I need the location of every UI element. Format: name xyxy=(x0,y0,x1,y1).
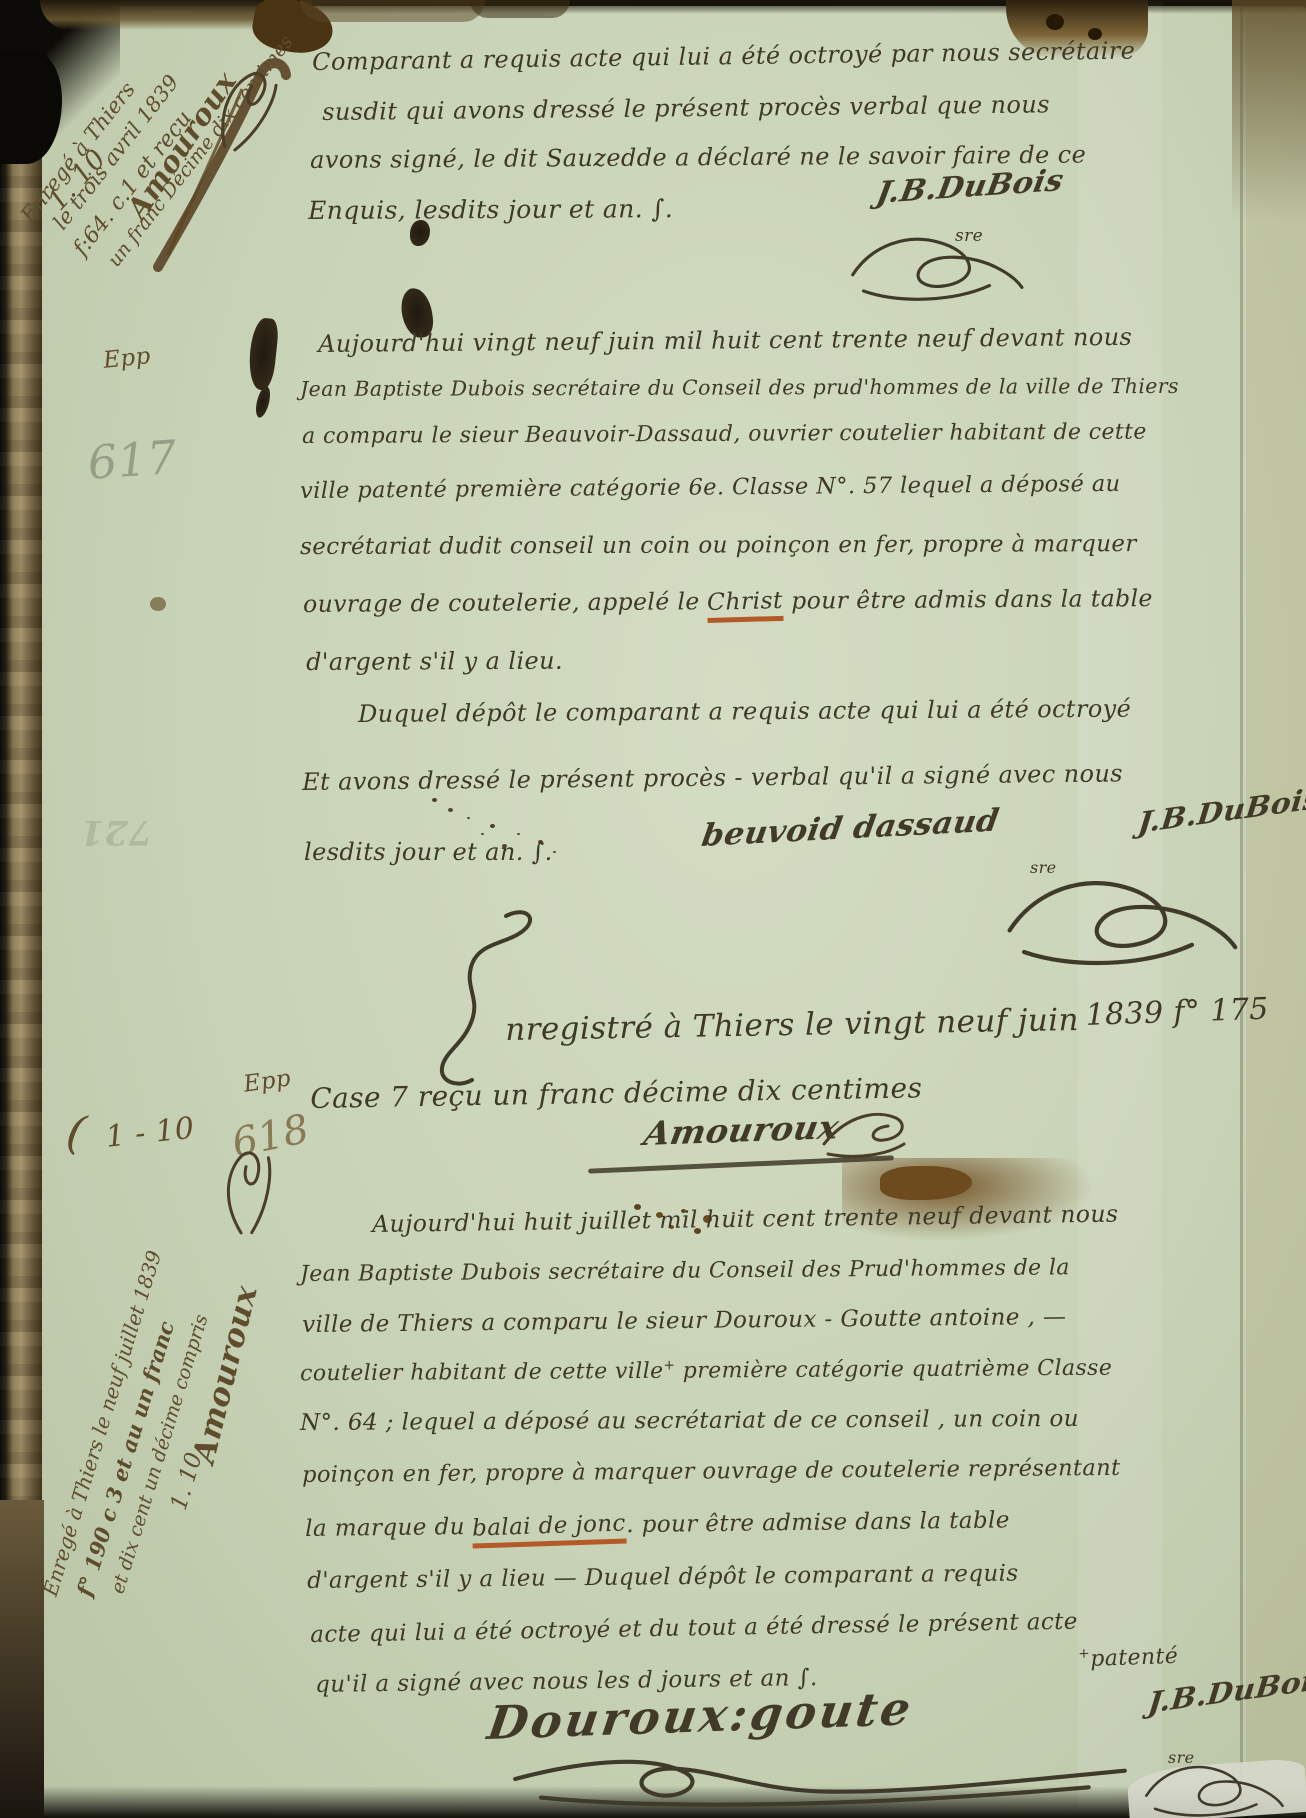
line-text: coutelier habitant de cette ville xyxy=(300,1359,664,1387)
line-text: la marque du xyxy=(305,1514,473,1542)
registration-folio: 1839 f° 175 xyxy=(1085,992,1269,1033)
manuscript-line: lesdits jour et an. ∫. xyxy=(304,838,553,866)
line-text: . pour être admise dans la table xyxy=(626,1507,1010,1538)
small-stain xyxy=(150,597,166,611)
smear-top xyxy=(300,0,485,22)
signature-paraph xyxy=(945,868,1295,964)
manuscript-line: N°. 64 ; lequel a déposé au secrétariat … xyxy=(300,1406,1079,1436)
underlined-word-christ: Christ xyxy=(707,586,784,623)
ink-speckles xyxy=(432,798,437,802)
manuscript-line: Enquis, lesdits jour et an. ∫. xyxy=(308,194,673,225)
folio-number-617: 617 xyxy=(86,430,179,490)
manuscript-line: ouvrage de coutelerie, appelé le Christ … xyxy=(303,584,1153,625)
signature-paraph xyxy=(828,228,1043,300)
underlined-word-balai-de-jonc: balai de jonc xyxy=(472,1510,627,1548)
amouroux-signature: Amouroux xyxy=(641,1107,842,1153)
manuscript-line: d'argent s'il y a lieu. xyxy=(306,647,563,676)
signature-flourish xyxy=(818,1104,914,1164)
manuscript-line: a comparu le sieur Beauvoir-Dassaud, ouv… xyxy=(302,420,1147,449)
brown-edge-top-right xyxy=(1232,0,1306,240)
smear-top-2 xyxy=(470,0,570,18)
manuscript-line: Duquel dépôt le comparant a requis acte … xyxy=(358,695,1131,728)
line-text: première catégorie quatrième Classe xyxy=(675,1356,1112,1384)
margin-epp-mark: Epp xyxy=(102,343,152,374)
line-text: pour être admis dans la table xyxy=(783,584,1153,615)
line-text: ouvrage de coutelerie, appelé le xyxy=(303,587,708,618)
insertion-caret: + xyxy=(663,1357,675,1373)
manuscript-line: secrétariat dudit conseil un coin ou poi… xyxy=(300,531,1137,560)
calligraphic-initial-E xyxy=(428,902,543,1087)
dark-spot xyxy=(1046,14,1064,30)
signature-flourish-wide xyxy=(505,1748,1135,1810)
signature-paraph xyxy=(1120,1758,1306,1816)
manuscript-line: Jean Baptiste Dubois secrétaire du Conse… xyxy=(300,374,1179,401)
interline-insertion: +patenté xyxy=(1078,1643,1179,1673)
insertion-caret: + xyxy=(1078,1646,1090,1662)
register-page-photo: Enregé à Thiers le trois avril 1839 f:64… xyxy=(0,0,1306,1818)
bleedthrough-number: 721 xyxy=(80,812,152,852)
spine-bottom-shadow xyxy=(0,1500,44,1818)
insertion-word: patenté xyxy=(1090,1644,1179,1672)
